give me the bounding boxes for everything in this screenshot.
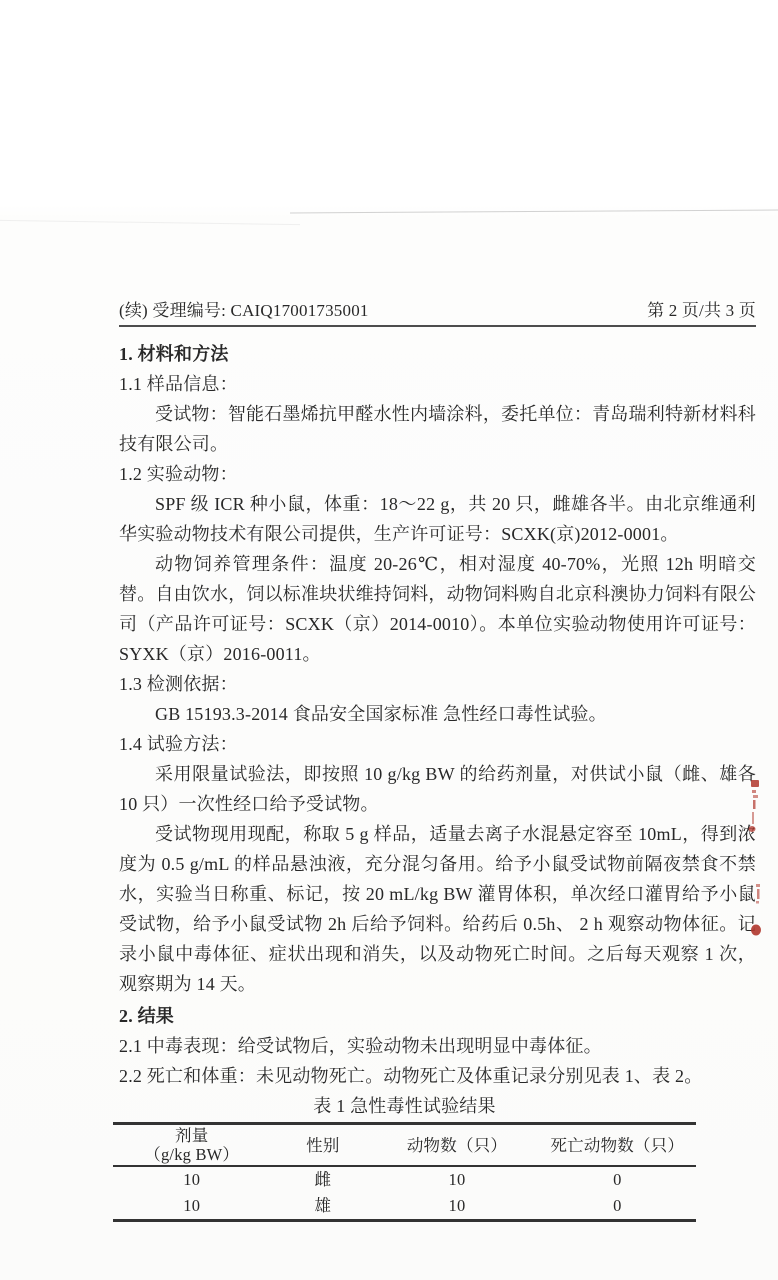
dose-cell: 10 [113,1166,270,1193]
toxicity-signs-paragraph: 2.1 中毒表现：给受试物后，实验动物未出现明显中毒体征。 [119,1031,756,1061]
animal-info-paragraph-1: SPF 级 ICR 种小鼠，体重：18～22 g，共 20 只，雌雄各半。由北京… [119,489,756,549]
sex-column-header: 性别 [270,1124,375,1167]
sex-cell: 雄 [270,1193,375,1221]
table-row-male: 10 雄 10 0 [113,1193,696,1221]
table-1-title: 表 1 急性毒性试验结果 [113,1091,696,1121]
table-1-container: 表 1 急性毒性试验结果 剂量 （g/kg BW） 性别 动物数（只） 死亡动物 [113,1091,696,1222]
table-row-female: 10 雌 10 0 [113,1166,696,1193]
death-count-cell: 0 [539,1166,696,1193]
animal-count-cell: 10 [375,1166,538,1193]
red-seal-fragment-lower [748,882,768,940]
scanned-report-page: (续) 受理编号: CAIQ17001735001 第 2 页/共 3 页 1.… [0,0,778,1280]
table-header-row: 剂量 （g/kg BW） 性别 动物数（只） 死亡动物数（只） [113,1124,696,1167]
document-header: (续) 受理编号: CAIQ17001735001 第 2 页/共 3 页 [119,301,756,327]
method-paragraph-2: 受试物现用现配，称取 5 g 样品，适量去离子水混悬定容至 10mL，得到浓度为… [119,819,756,999]
animal-info-paragraph-2: 动物饲养管理条件：温度 20-26℃，相对湿度 40-70%，光照 12h 明暗… [119,549,756,669]
dose-column-header: 剂量 （g/kg BW） [113,1124,270,1167]
page-number: 第 2 页/共 3 页 [647,301,756,321]
section-1-1-label: 1.1 样品信息： [119,369,756,399]
section-1-title: 1. 材料和方法 [119,339,756,369]
section-1-4-label: 1.4 试验方法： [119,729,756,759]
death-weight-paragraph: 2.2 死亡和体重：未见动物死亡。动物死亡及体重记录分别见表 1、表 2。 [119,1061,756,1091]
dose-header-line2: （g/kg BW） [144,1145,239,1164]
receipt-number: (续) 受理编号: CAIQ17001735001 [119,301,369,321]
dose-header-line1: 剂量 [175,1126,208,1145]
section-1-2-label: 1.2 实验动物： [119,459,756,489]
death-count-column-header: 死亡动物数（只） [539,1124,696,1167]
section-2-title: 2. 结果 [119,1001,756,1031]
animal-count-column-header: 动物数（只） [375,1124,538,1167]
sample-info-paragraph: 受试物：智能石墨烯抗甲醛水性内墙涂料，委托单位：青岛瑞利特新材料科技有限公司。 [119,399,756,459]
animal-count-cell: 10 [375,1193,538,1221]
page-top-edge-line [290,210,778,214]
section-1-3-label: 1.3 检测依据： [119,669,756,699]
method-paragraph-1: 采用限量试验法，即按照 10 g/kg BW 的给药剂量，对供试小鼠（雌、雄各 … [119,759,756,819]
test-basis-paragraph: GB 15193.3-2014 食品安全国家标准 急性经口毒性试验。 [119,699,756,729]
page-top-edge-line-left [0,220,300,225]
acute-toxicity-table: 剂量 （g/kg BW） 性别 动物数（只） 死亡动物数（只） 10 雌 10 [113,1122,696,1222]
dose-cell: 10 [113,1193,270,1221]
red-seal-fragment-upper [744,779,764,837]
sex-cell: 雌 [270,1166,375,1193]
document-body: (续) 受理编号: CAIQ17001735001 第 2 页/共 3 页 1.… [119,301,756,1222]
death-count-cell: 0 [539,1193,696,1221]
